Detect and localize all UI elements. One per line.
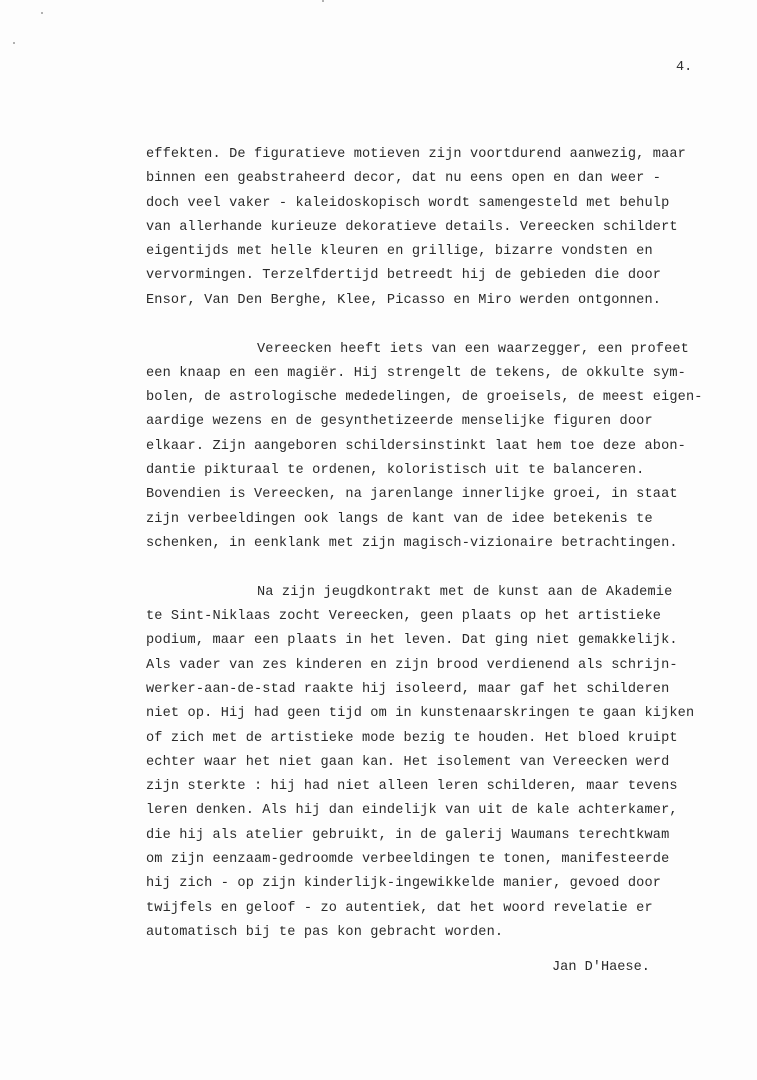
text-line: werker-aan-de-stad raakte hij isoleerd, … bbox=[146, 678, 726, 702]
scan-speck bbox=[13, 42, 15, 44]
text-line: hij zich - op zijn kinderlijk-ingewikkel… bbox=[146, 872, 726, 896]
body-text: effekten. De figuratieve motieven zijn v… bbox=[146, 143, 726, 945]
paragraph-2: Vereecken heeft iets van een waarzegger,… bbox=[146, 338, 726, 557]
text-line: twijfels en geloof - zo autentiek, dat h… bbox=[146, 897, 726, 921]
text-line: leren denken. Als hij dan eindelijk van … bbox=[146, 799, 726, 823]
text-line: Na zijn jeugdkontrakt met de kunst aan d… bbox=[146, 581, 726, 605]
text-line: of zich met de artistieke mode bezig te … bbox=[146, 727, 726, 751]
text-line: Bovendien is Vereecken, na jarenlange in… bbox=[146, 483, 726, 507]
text-line: een knaap en een magiër. Hij strengelt d… bbox=[146, 362, 726, 386]
scan-speck bbox=[41, 12, 43, 14]
scan-speck bbox=[322, 0, 324, 2]
text-line: echter waar het niet gaan kan. Het isole… bbox=[146, 751, 726, 775]
text-line: podium, maar een plaats in het leven. Da… bbox=[146, 629, 726, 653]
text-line: vervormingen. Terzelfdertijd betreedt hi… bbox=[146, 264, 726, 288]
text-line: Vereecken heeft iets van een waarzegger,… bbox=[146, 338, 726, 362]
text-line: niet op. Hij had geen tijd om in kunsten… bbox=[146, 702, 726, 726]
text-line: zijn verbeeldingen ook langs de kant van… bbox=[146, 508, 726, 532]
text-line: automatisch bij te pas kon gebracht word… bbox=[146, 921, 726, 945]
text-line: schenken, in eenklank met zijn magisch-v… bbox=[146, 532, 726, 556]
text-line: binnen een geabstraheerd decor, dat nu e… bbox=[146, 167, 726, 191]
author-signature: Jan D'Haese. bbox=[552, 960, 650, 975]
text-line: bolen, de astrologische mededelingen, de… bbox=[146, 386, 726, 410]
text-line: Als vader van zes kinderen en zijn brood… bbox=[146, 654, 726, 678]
page-number: 4. bbox=[676, 60, 692, 75]
text-line: effekten. De figuratieve motieven zijn v… bbox=[146, 143, 726, 167]
text-line: eigentijds met helle kleuren en grillige… bbox=[146, 240, 726, 264]
text-line: elkaar. Zijn aangeboren schildersinstink… bbox=[146, 435, 726, 459]
text-line: om zijn eenzaam-gedroomde verbeeldingen … bbox=[146, 848, 726, 872]
document-page: 4. effekten. De figuratieve motieven zij… bbox=[0, 0, 757, 1080]
text-line: doch veel vaker - kaleidoskopisch wordt … bbox=[146, 192, 726, 216]
text-line: zijn sterkte : hij had niet alleen leren… bbox=[146, 775, 726, 799]
text-line: van allerhande kurieuze dekoratieve deta… bbox=[146, 216, 726, 240]
text-line: aardige wezens en de gesynthetizeerde me… bbox=[146, 410, 726, 434]
text-line: dantie pikturaal te ordenen, koloristisc… bbox=[146, 459, 726, 483]
text-line: te Sint-Niklaas zocht Vereecken, geen pl… bbox=[146, 605, 726, 629]
paragraph-1: effekten. De figuratieve motieven zijn v… bbox=[146, 143, 726, 313]
paragraph-3: Na zijn jeugdkontrakt met de kunst aan d… bbox=[146, 581, 726, 945]
text-line: die hij als atelier gebruikt, in de gale… bbox=[146, 824, 726, 848]
text-line: Ensor, Van Den Berghe, Klee, Picasso en … bbox=[146, 289, 726, 313]
